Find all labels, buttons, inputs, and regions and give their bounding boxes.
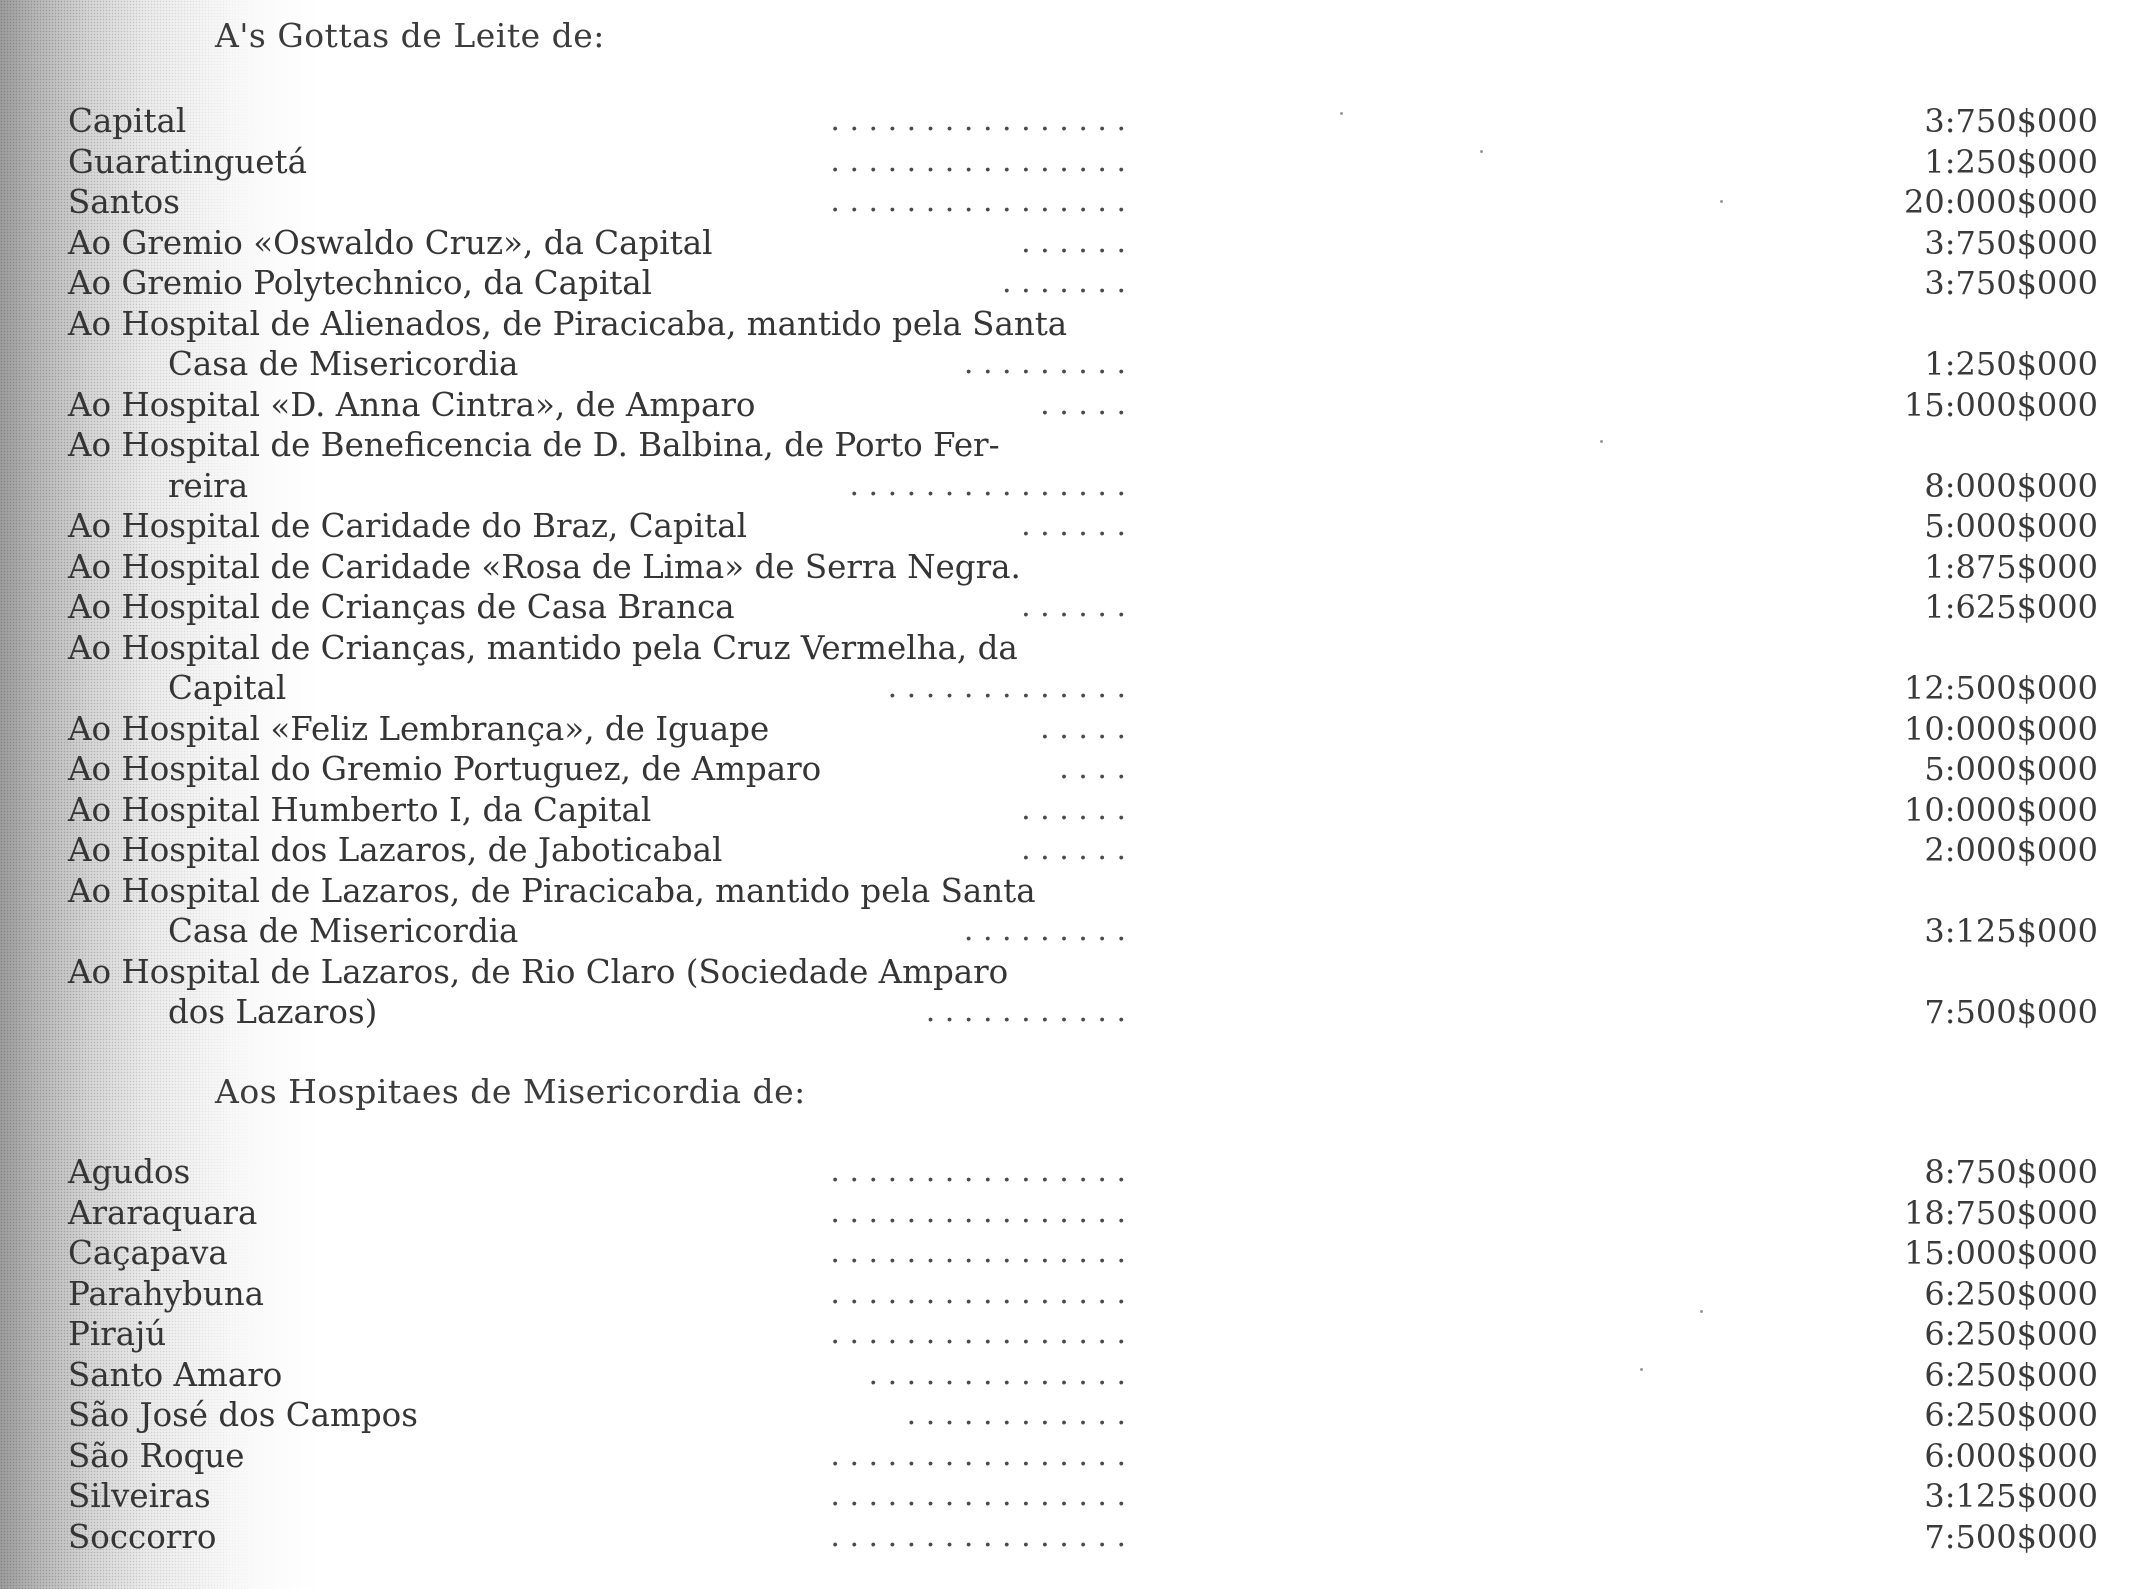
leader-dots: . . . . . . . . . . . . . . . .: [830, 1314, 1126, 1355]
list-item: São Roque . . . . . . . . . . . . . . . …: [0, 1436, 2154, 1477]
item-label: Ao Hospital Humberto I, da Capital: [68, 790, 1128, 831]
item-value: 10:000$000: [1904, 790, 2098, 831]
leader-dots: . . . . . . . . . . . . . . . .: [830, 101, 1126, 142]
leader-dots: . . . . . . . . . . . . . . .: [849, 466, 1126, 507]
item-value: 15:000$000: [1904, 385, 2098, 426]
leader-dots: . . . . . . . . . . . . . . . .: [830, 1517, 1126, 1558]
item-value: 6:250$000: [1924, 1314, 2098, 1355]
list-item: Soccorro . . . . . . . . . . . . . . . .…: [0, 1517, 2154, 1558]
list-item: Santo Amaro . . . . . . . . . . . . . . …: [0, 1355, 2154, 1396]
leader-dots: . . . . .: [1040, 709, 1126, 750]
list-item: Ao Hospital de Alienados, de Piracicaba,…: [0, 304, 2154, 385]
list-item: Ao Hospital de Lazaros, de Rio Claro (So…: [0, 952, 2154, 1033]
leader-dots: . . . . . . . . . . . . . . . .: [830, 1233, 1126, 1274]
list-item: Ao Hospital de Crianças, mantido pela Cr…: [0, 628, 2154, 709]
leader-dots: . . . . .: [1040, 385, 1126, 426]
leader-dots: . . . . . . . . . . . . . . . .: [830, 1476, 1126, 1517]
section-hospitaes-de-misericordia-list: Agudos . . . . . . . . . . . . . . . . 8…: [0, 1152, 2154, 1557]
document-page: A's Gottas de Leite de: Capital . . . . …: [0, 0, 2154, 1589]
leader-dots: . . . . . .: [1021, 830, 1126, 871]
leader-dots: . . . . . . . . . . . . . . . .: [830, 142, 1126, 183]
item-label: Ao Hospital de Caridade «Rosa de Lima» d…: [68, 547, 1128, 588]
item-value: 1:250$000: [1924, 142, 2098, 183]
list-item: Ao Hospital de Crianças de Casa Branca .…: [0, 587, 2154, 628]
item-value: 7:500$000: [1924, 992, 2098, 1033]
item-value: 3:750$000: [1924, 223, 2098, 264]
item-label: Ao Hospital «Feliz Lembrança», de Iguape: [68, 709, 1128, 750]
list-item: São José dos Campos . . . . . . . . . . …: [0, 1395, 2154, 1436]
leader-dots: . . . . . . . . . . . . . .: [869, 1355, 1126, 1396]
list-item: Guaratinguetá . . . . . . . . . . . . . …: [0, 142, 2154, 183]
item-label: Ao Gremio Polytechnico, da Capital: [68, 263, 1128, 304]
leader-dots: . . . . . . .: [1002, 263, 1126, 304]
item-value: 6:250$000: [1924, 1355, 2098, 1396]
list-item: Ao Hospital de Beneficencia de D. Balbin…: [0, 425, 2154, 506]
leader-dots: . . . . . .: [1021, 223, 1126, 264]
item-label: Ao Hospital de Caridade do Braz, Capital: [68, 506, 1128, 547]
item-value: 7:500$000: [1924, 1517, 2098, 1558]
scan-speck: [1340, 112, 1343, 115]
item-value: 15:000$000: [1904, 1233, 2098, 1274]
leader-dots: . . . . . .: [1021, 506, 1126, 547]
leader-dots: . . . . . . . . . . . . . . . .: [830, 182, 1126, 223]
scan-speck: [1640, 1368, 1643, 1371]
list-item: Silveiras . . . . . . . . . . . . . . . …: [0, 1476, 2154, 1517]
section-heading-hospitaes-de-misericordia: Aos Hospitaes de Misericordia de:: [215, 1072, 806, 1111]
leader-dots: . . . . . . . . . . . . . . . .: [830, 1436, 1126, 1477]
item-value: 10:000$000: [1904, 709, 2098, 750]
item-label: Ao Hospital dos Lazaros, de Jaboticabal: [68, 830, 1128, 871]
list-item: Parahybuna . . . . . . . . . . . . . . .…: [0, 1274, 2154, 1315]
item-value: 6:250$000: [1924, 1274, 2098, 1315]
leader-dots: . . . . . . . . . . . . . . . .: [830, 1193, 1126, 1234]
list-item: Santos . . . . . . . . . . . . . . . . 2…: [0, 182, 2154, 223]
list-item: Ao Hospital Humberto I, da Capital . . .…: [0, 790, 2154, 831]
item-value: 5:000$000: [1924, 506, 2098, 547]
scan-speck: [1480, 150, 1483, 153]
item-value: 3:750$000: [1924, 101, 2098, 142]
list-item: Ao Hospital dos Lazaros, de Jaboticabal …: [0, 830, 2154, 871]
list-item: Pirajú . . . . . . . . . . . . . . . . 6…: [0, 1314, 2154, 1355]
list-item: Caçapava . . . . . . . . . . . . . . . .…: [0, 1233, 2154, 1274]
list-item: Araraquara . . . . . . . . . . . . . . .…: [0, 1193, 2154, 1234]
list-item: Ao Hospital «Feliz Lembrança», de Iguape…: [0, 709, 2154, 750]
leader-dots: . . . . . . . . .: [964, 344, 1126, 385]
list-item: Ao Hospital do Gremio Portuguez, de Ampa…: [0, 749, 2154, 790]
item-label: Ao Gremio «Oswaldo Cruz», da Capital: [68, 223, 1128, 264]
item-value: 12:500$000: [1904, 668, 2098, 709]
scan-speck: [1720, 200, 1723, 203]
list-item: Ao Hospital de Lazaros, de Piracicaba, m…: [0, 871, 2154, 952]
item-value: 1:875$000: [1924, 547, 2098, 588]
item-value: 8:750$000: [1924, 1152, 2098, 1193]
item-label: Ao Hospital «D. Anna Cintra», de Amparo: [68, 385, 1128, 426]
leader-dots: . . . . . .: [1021, 790, 1126, 831]
item-value: 3:125$000: [1924, 1476, 2098, 1517]
list-item: Agudos . . . . . . . . . . . . . . . . 8…: [0, 1152, 2154, 1193]
leader-dots: . . . .: [1059, 749, 1126, 790]
list-item: Capital . . . . . . . . . . . . . . . . …: [0, 101, 2154, 142]
list-item: Ao Gremio «Oswaldo Cruz», da Capital . .…: [0, 223, 2154, 264]
scan-speck: [1600, 440, 1603, 443]
leader-dots: . . . . . . . . . . . . . . . .: [830, 1274, 1126, 1315]
leader-dots: . . . . . . . . . . . . .: [888, 668, 1126, 709]
item-value: 5:000$000: [1924, 749, 2098, 790]
item-value: 1:250$000: [1924, 344, 2098, 385]
item-value: 3:125$000: [1924, 911, 2098, 952]
leader-dots: . . . . . .: [1021, 587, 1126, 628]
scan-speck: [1700, 1310, 1703, 1313]
list-item: Ao Hospital de Caridade do Braz, Capital…: [0, 506, 2154, 547]
item-value: 2:000$000: [1924, 830, 2098, 871]
item-value: 20:000$000: [1904, 182, 2098, 223]
leader-dots: . . . . . . . . . . . . . . . .: [830, 1152, 1126, 1193]
item-value: 18:750$000: [1904, 1193, 2098, 1234]
item-value: 6:000$000: [1924, 1436, 2098, 1477]
item-value: 3:750$000: [1924, 263, 2098, 304]
leader-dots: . . . . . . . . .: [964, 911, 1126, 952]
leader-dots: . . . . . . . . . . . .: [907, 1395, 1126, 1436]
list-item: Ao Hospital de Caridade «Rosa de Lima» d…: [0, 547, 2154, 588]
section-gottas-de-leite-list: Capital . . . . . . . . . . . . . . . . …: [0, 101, 2154, 1033]
item-value: 1:625$000: [1924, 587, 2098, 628]
item-label: Ao Hospital do Gremio Portuguez, de Ampa…: [68, 749, 1128, 790]
section-heading-gottas-de-leite: A's Gottas de Leite de:: [215, 16, 605, 55]
list-item: Ao Hospital «D. Anna Cintra», de Amparo …: [0, 385, 2154, 426]
item-value: 6:250$000: [1924, 1395, 2098, 1436]
item-label: Ao Hospital de Crianças de Casa Branca: [68, 587, 1128, 628]
item-value: 8:000$000: [1924, 466, 2098, 507]
leader-dots: . . . . . . . . . . .: [926, 992, 1126, 1033]
list-item: Ao Gremio Polytechnico, da Capital . . .…: [0, 263, 2154, 304]
